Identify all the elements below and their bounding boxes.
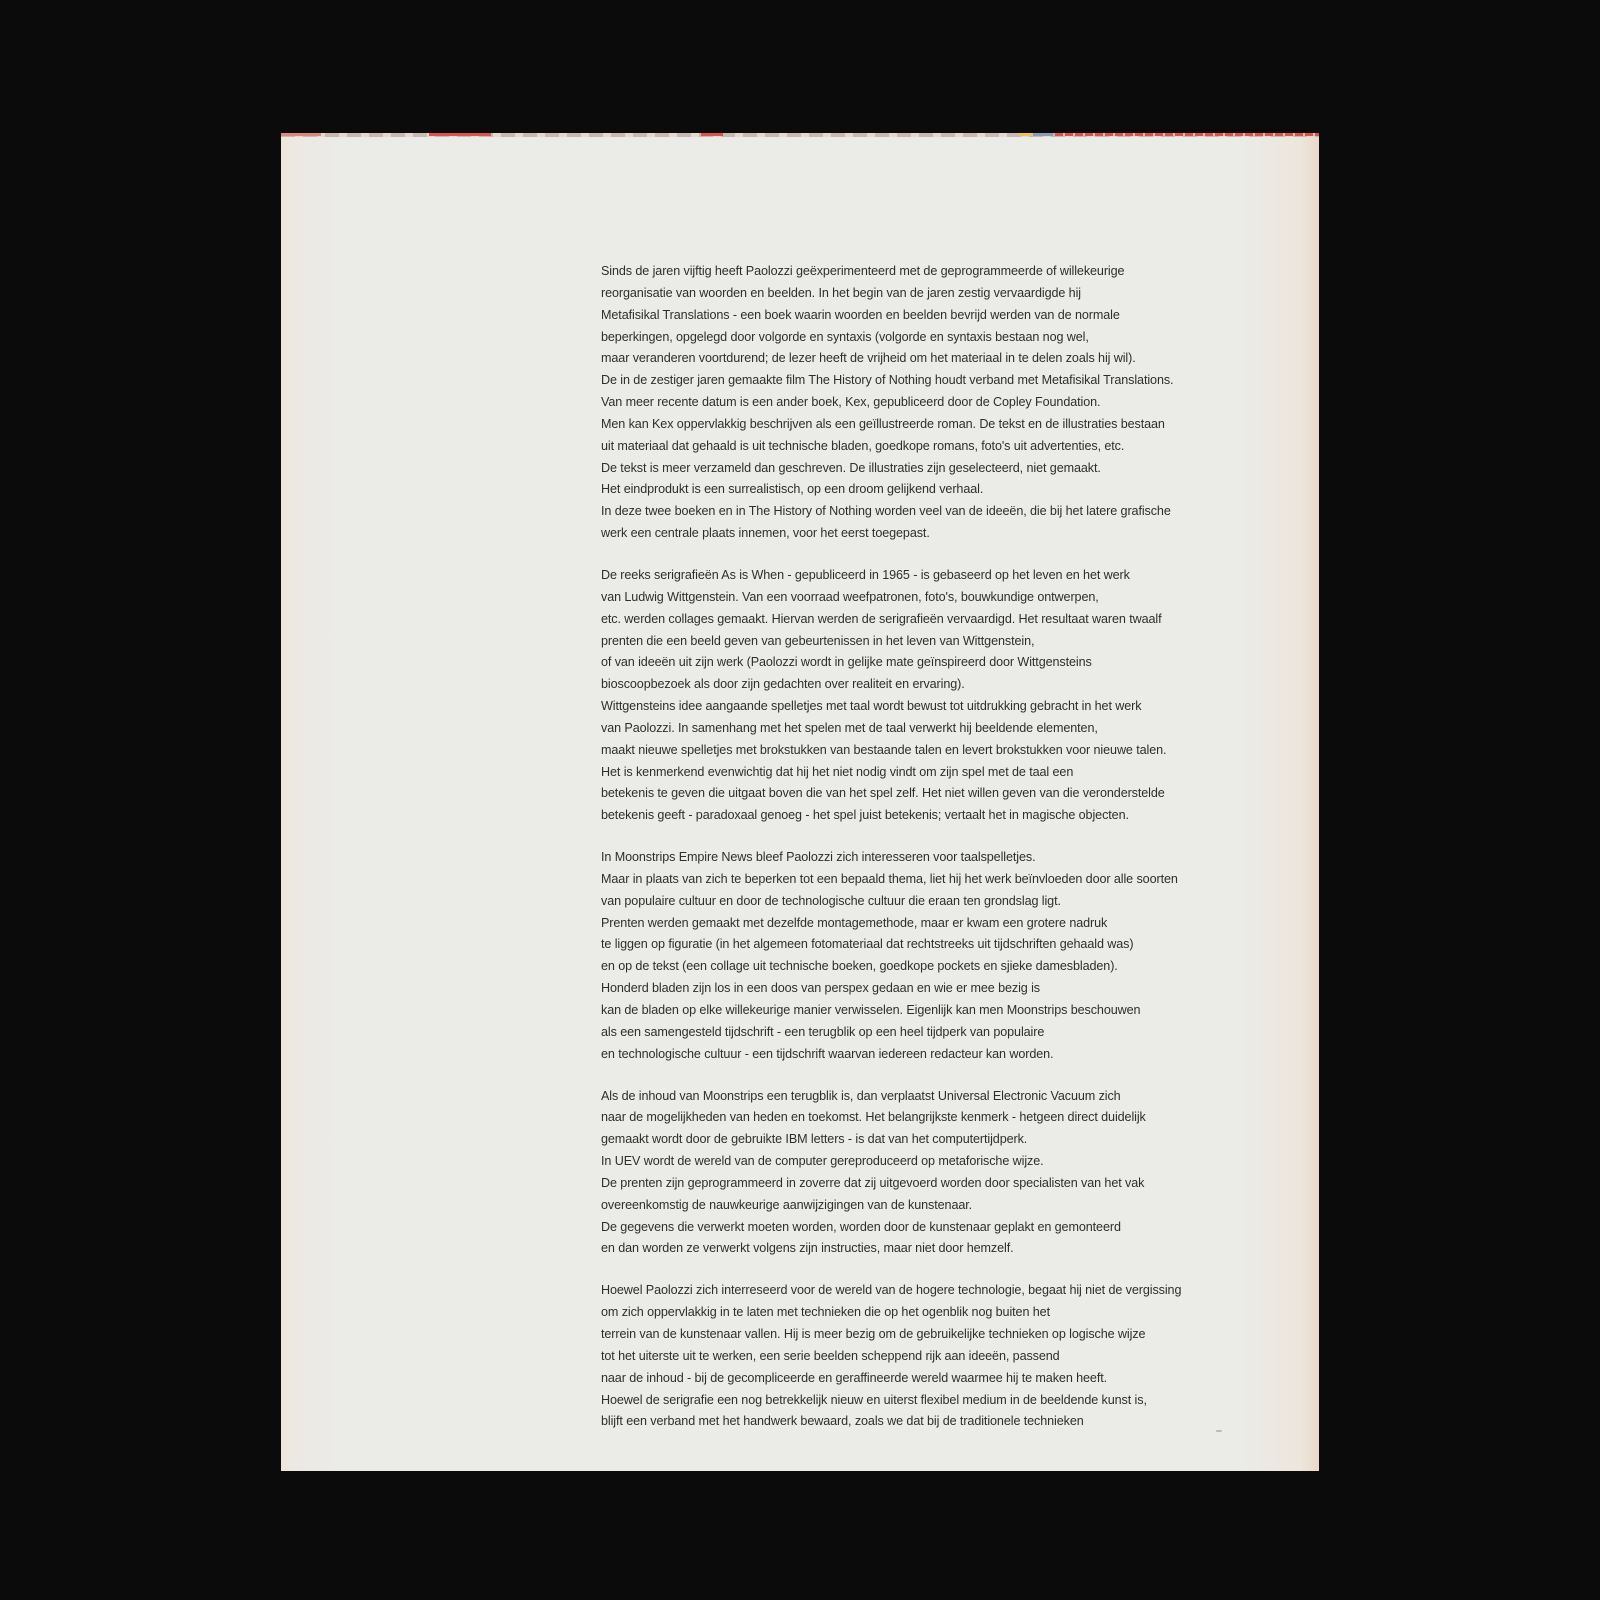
- text-line: bioscoopbezoek als door zijn gedachten o…: [601, 674, 1261, 696]
- text-line: of van ideeën uit zijn werk (Paolozzi wo…: [601, 652, 1261, 674]
- text-line: In deze twee boeken en in The History of…: [601, 501, 1261, 523]
- text-line: Als de inhoud van Moonstrips een terugbl…: [601, 1086, 1261, 1108]
- text-line: Honderd bladen zijn los in een doos van …: [601, 978, 1261, 1000]
- text-line: Metafisikal Translations - een boek waar…: [601, 305, 1261, 327]
- text-line: Wittgensteins idee aangaande spelletjes …: [601, 696, 1261, 718]
- text-line: te liggen op figuratie (in het algemeen …: [601, 934, 1261, 956]
- text-line: Hoewel de serigrafie een nog betrekkelij…: [601, 1390, 1261, 1412]
- text-line: en op de tekst (een collage uit technisc…: [601, 956, 1261, 978]
- text-line: Sinds de jaren vijftig heeft Paolozzi ge…: [601, 261, 1261, 283]
- text-line: om zich oppervlakkig in te laten met tec…: [601, 1302, 1261, 1324]
- text-line: uit materiaal dat gehaald is uit technis…: [601, 436, 1261, 458]
- text-line: Hoewel Paolozzi zich interreseerd voor d…: [601, 1280, 1261, 1302]
- text-line: De reeks serigrafieën As is When - gepub…: [601, 565, 1261, 587]
- text-line: van Ludwig Wittgenstein. Van een voorraa…: [601, 587, 1261, 609]
- text-line: werk een centrale plaats innemen, voor h…: [601, 523, 1261, 545]
- text-line: terrein van de kunstenaar vallen. Hij is…: [601, 1324, 1261, 1346]
- edge-mark-red: [281, 133, 321, 136]
- text-line: naar de inhoud - bij de gecompliceerde e…: [601, 1368, 1261, 1390]
- text-line: De tekst is meer verzameld dan geschreve…: [601, 458, 1261, 480]
- text-line: Men kan Kex oppervlakkig beschrijven als…: [601, 414, 1261, 436]
- paragraph-technology: Hoewel Paolozzi zich interreseerd voor d…: [601, 1280, 1261, 1433]
- page-top-edge-color-marks: [281, 133, 1319, 137]
- text-line: Maar in plaats van zich te beperken tot …: [601, 869, 1261, 891]
- text-line: kan de bladen op elke willekeurige manie…: [601, 1000, 1261, 1022]
- text-line: naar de mogelijkheden van heden en toeko…: [601, 1107, 1261, 1129]
- text-line: als een samengesteld tijdschrift - een t…: [601, 1022, 1261, 1044]
- text-line: overeenkomstig de nauwkeurige aanwijzigi…: [601, 1195, 1261, 1217]
- text-line: maar veranderen voortdurend; de lezer he…: [601, 348, 1261, 370]
- text-line: maakt nieuwe spelletjes met brokstukken …: [601, 740, 1261, 762]
- text-line: Van meer recente datum is een ander boek…: [601, 392, 1261, 414]
- text-line: blijft een verband met het handwerk bewa…: [601, 1411, 1261, 1433]
- text-line: Het is kenmerkend evenwichtig dat hij he…: [601, 762, 1261, 784]
- edge-mark-red: [429, 133, 491, 136]
- edge-mark-blue: [1033, 133, 1053, 136]
- edge-mark-red: [701, 133, 723, 136]
- text-line: De prenten zijn geprogrammeerd in zoverr…: [601, 1173, 1261, 1195]
- text-line: van populaire cultuur en door de technol…: [601, 891, 1261, 913]
- text-line: Prenten werden gemaakt met dezelfde mont…: [601, 913, 1261, 935]
- text-line: etc. werden collages gemaakt. Hiervan we…: [601, 609, 1261, 631]
- edge-mark-red-dashed: [1055, 133, 1319, 136]
- paragraph-metafisikal: Sinds de jaren vijftig heeft Paolozzi ge…: [601, 261, 1261, 545]
- text-line: Het eindprodukt is een surrealistisch, o…: [601, 479, 1261, 501]
- text-line: en technologische cultuur - een tijdschr…: [601, 1044, 1261, 1066]
- text-line: reorganisatie van woorden en beelden. In…: [601, 283, 1261, 305]
- text-line: De gegevens die verwerkt moeten worden, …: [601, 1217, 1261, 1239]
- body-text: Sinds de jaren vijftig heeft Paolozzi ge…: [601, 261, 1261, 1453]
- text-line: en dan worden ze verwerkt volgens zijn i…: [601, 1238, 1261, 1260]
- paragraph-as-is-when: De reeks serigrafieën As is When - gepub…: [601, 565, 1261, 827]
- text-line: van Paolozzi. In samenhang met het spele…: [601, 718, 1261, 740]
- text-line: beperkingen, opgelegd door volgorde en s…: [601, 327, 1261, 349]
- text-line: gemaakt wordt door de gebruikte IBM lett…: [601, 1129, 1261, 1151]
- paragraph-uev: Als de inhoud van Moonstrips een terugbl…: [601, 1086, 1261, 1261]
- text-line: In UEV wordt de wereld van de computer g…: [601, 1151, 1261, 1173]
- document-page: Sinds de jaren vijftig heeft Paolozzi ge…: [281, 133, 1319, 1471]
- text-line: tot het uiterste uit te werken, een seri…: [601, 1346, 1261, 1368]
- text-line: betekenis geeft - paradoxaal genoeg - he…: [601, 805, 1261, 827]
- paper-speck: [1216, 1430, 1222, 1432]
- paragraph-moonstrips: In Moonstrips Empire News bleef Paolozzi…: [601, 847, 1261, 1065]
- text-line: In Moonstrips Empire News bleef Paolozzi…: [601, 847, 1261, 869]
- text-line: prenten die een beeld geven van gebeurte…: [601, 631, 1261, 653]
- text-line: De in de zestiger jaren gemaakte film Th…: [601, 370, 1261, 392]
- edge-mark-yellow: [1019, 133, 1033, 136]
- text-line: betekenis te geven die uitgaat boven die…: [601, 783, 1261, 805]
